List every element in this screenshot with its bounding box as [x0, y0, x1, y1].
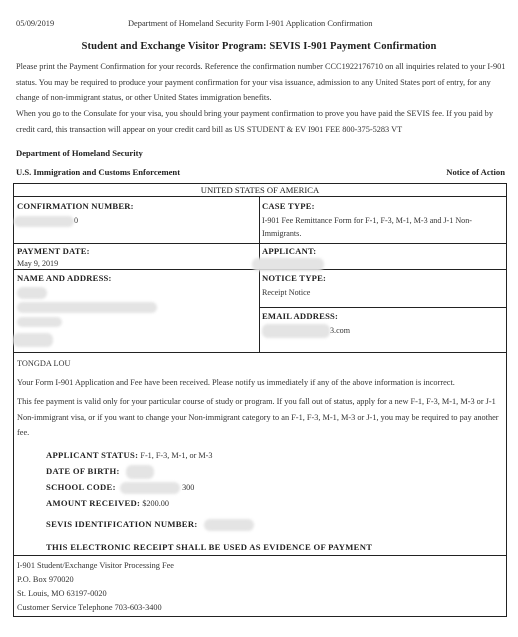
email-label: EMAIL ADDRESS: — [262, 309, 503, 324]
redacted-block — [17, 287, 47, 299]
redacted-block — [120, 482, 180, 494]
department-name: Department of Homeland Security — [16, 147, 143, 160]
name-address-cell: NAME AND ADDRESS: — [14, 269, 259, 354]
intro-paragraph-consulate: When you go to the Consulate for your vi… — [16, 106, 506, 137]
applicant-status-value: F-1, F-3, M-1, or M-3 — [140, 451, 212, 460]
notice-type-label: NOTICE TYPE: — [262, 271, 503, 286]
validity-notice: This fee payment is valid only for your … — [17, 394, 500, 441]
amount-row: AMOUNT RECEIVED: $200.00 — [46, 496, 169, 511]
confirmation-number-cell: CONFIRMATION NUMBER: 0 — [14, 197, 259, 243]
redacted-block — [262, 324, 330, 338]
amount-value: $200.00 — [142, 499, 169, 508]
confirmation-grid: CONFIRMATION NUMBER: 0 CASE TYPE: I-901 … — [13, 196, 507, 353]
case-type-label: CASE TYPE: — [262, 199, 503, 214]
recipient-name: TONGDA LOU — [17, 356, 500, 372]
payment-date-label: PAYMENT DATE: — [17, 245, 256, 257]
redacted-block — [17, 317, 62, 327]
received-notice: Your Form I-901 Application and Fee have… — [17, 375, 500, 391]
redacted-block — [126, 465, 154, 479]
applicant-label: APPLICANT: — [262, 245, 503, 257]
redacted-block — [14, 216, 74, 227]
case-type-cell: CASE TYPE: I-901 Fee Remittance Form for… — [259, 197, 506, 243]
confirmation-number-value: 0 — [17, 214, 256, 227]
school-code-label: SCHOOL CODE: — [46, 482, 116, 492]
evidence-statement: THIS ELECTRONIC RECEIPT SHALL BE USED AS… — [46, 540, 372, 554]
footer-line-3: St. Louis, MO 63197-0020 — [17, 587, 107, 601]
email-value: 3.com — [262, 324, 503, 338]
payment-date-cell: PAYMENT DATE: May 9, 2019 — [14, 243, 259, 269]
footer-line-1: I-901 Student/Exchange Visitor Processin… — [17, 559, 174, 573]
footer-line-4: Customer Service Telephone 703-603-3400 — [17, 601, 162, 615]
confirmation-number-label: CONFIRMATION NUMBER: — [17, 199, 256, 214]
redacted-block — [13, 333, 53, 347]
notice-of-action-label: Notice of Action — [446, 166, 505, 179]
notice-type-cell: NOTICE TYPE: Receipt Notice — [259, 269, 506, 307]
redacted-block — [17, 302, 157, 313]
bureau-name: U.S. Immigration and Customs Enforcement — [16, 166, 180, 179]
applicant-status-row: APPLICANT STATUS: F-1, F-3, M-1, or M-3 — [46, 448, 213, 463]
redacted-address — [17, 287, 256, 347]
form-reference: Department of Homeland Security Form I-9… — [128, 18, 372, 31]
intro-paragraph-print: Please print the Payment Confirmation fo… — [16, 59, 506, 106]
applicant-cell: APPLICANT: — [259, 243, 506, 269]
email-cell: EMAIL ADDRESS: 3.com — [259, 307, 506, 354]
notice-type-value: Receipt Notice — [262, 286, 503, 299]
page-title: Student and Exchange Visitor Program: SE… — [0, 39, 518, 55]
redacted-block — [204, 519, 254, 531]
dob-row: DATE OF BIRTH: — [46, 464, 154, 479]
processing-address: I-901 Student/Exchange Visitor Processin… — [13, 555, 507, 617]
dob-label: DATE OF BIRTH: — [46, 466, 120, 476]
sevis-id-row: SEVIS IDENTIFICATION NUMBER: — [46, 517, 254, 531]
amount-label: AMOUNT RECEIVED: — [46, 498, 140, 508]
receipt-body: TONGDA LOU Your Form I-901 Application a… — [13, 352, 507, 556]
school-code-row: SCHOOL CODE: 300 — [46, 480, 194, 495]
name-address-label: NAME AND ADDRESS: — [17, 271, 256, 286]
applicant-status-label: APPLICANT STATUS: — [46, 450, 138, 460]
footer-line-2: P.O. Box 970020 — [17, 573, 74, 587]
country-header: UNITED STATES OF AMERICA — [13, 183, 507, 197]
school-code-suffix: 300 — [182, 483, 194, 492]
print-date: 05/09/2019 — [16, 18, 54, 31]
case-type-value: I-901 Fee Remittance Form for F-1, F-3, … — [262, 214, 503, 240]
sevis-id-label: SEVIS IDENTIFICATION NUMBER: — [46, 519, 198, 529]
